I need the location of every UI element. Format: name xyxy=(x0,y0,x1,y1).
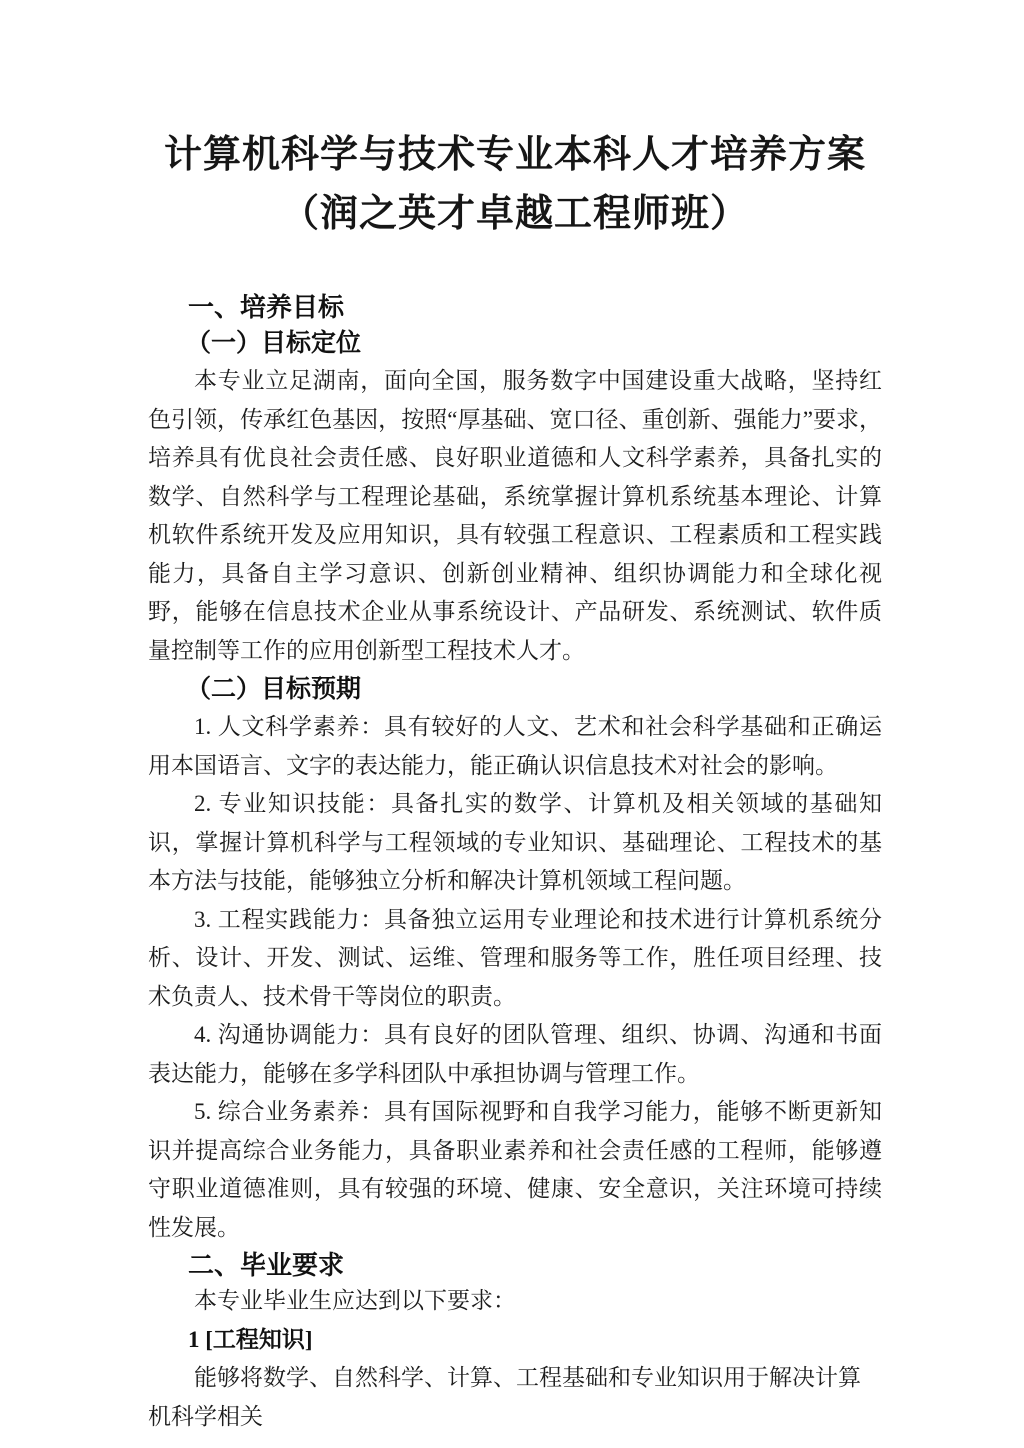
expectation-item-1: 1. 人文科学素养：具有较好的人文、艺术和社会科学基础和正确运用本国语言、文字的… xyxy=(148,708,882,785)
expectation-item-2: 2. 专业知识技能：具备扎实的数学、计算机及相关领域的基础知识，掌握计算机科学与… xyxy=(148,785,882,901)
document-page: 计算机科学与技术专业本科人才培养方案 （润之英才卓越工程师班） 一、培养目标 （… xyxy=(0,0,1024,1448)
goal-positioning-paragraph: 本专业立足湖南，面向全国，服务数字中国建设重大战略，坚持红色引领，传承红色基因，… xyxy=(148,362,882,670)
expectation-item-3: 3. 工程实践能力：具备独立运用专业理论和技术进行计算机系统分析、设计、开发、测… xyxy=(148,901,882,1017)
doc-title-line2: （润之英才卓越工程师班） xyxy=(148,185,882,244)
requirement-1-label: 1 [工程知识] xyxy=(148,1321,882,1360)
section-2-heading: 二、毕业要求 xyxy=(148,1248,882,1282)
section-1-heading: 一、培养目标 xyxy=(148,290,882,324)
subsection-1-1-heading: （一）目标定位 xyxy=(148,324,882,362)
requirement-1-text: 能够将数学、自然科学、计算、工程基础和专业知识用于解决计算机科学相关 xyxy=(148,1359,882,1436)
expectation-item-5: 5. 综合业务素养：具有国际视野和自我学习能力，能够不断更新知识并提高综合业务能… xyxy=(148,1093,882,1247)
graduation-intro: 本专业毕业生应达到以下要求： xyxy=(148,1282,882,1321)
doc-title-line1: 计算机科学与技术专业本科人才培养方案 xyxy=(148,126,882,185)
expectation-item-4: 4. 沟通协调能力：具有良好的团队管理、组织、协调、沟通和书面表达能力，能够在多… xyxy=(148,1016,882,1093)
subsection-1-2-heading: （二）目标预期 xyxy=(148,670,882,708)
